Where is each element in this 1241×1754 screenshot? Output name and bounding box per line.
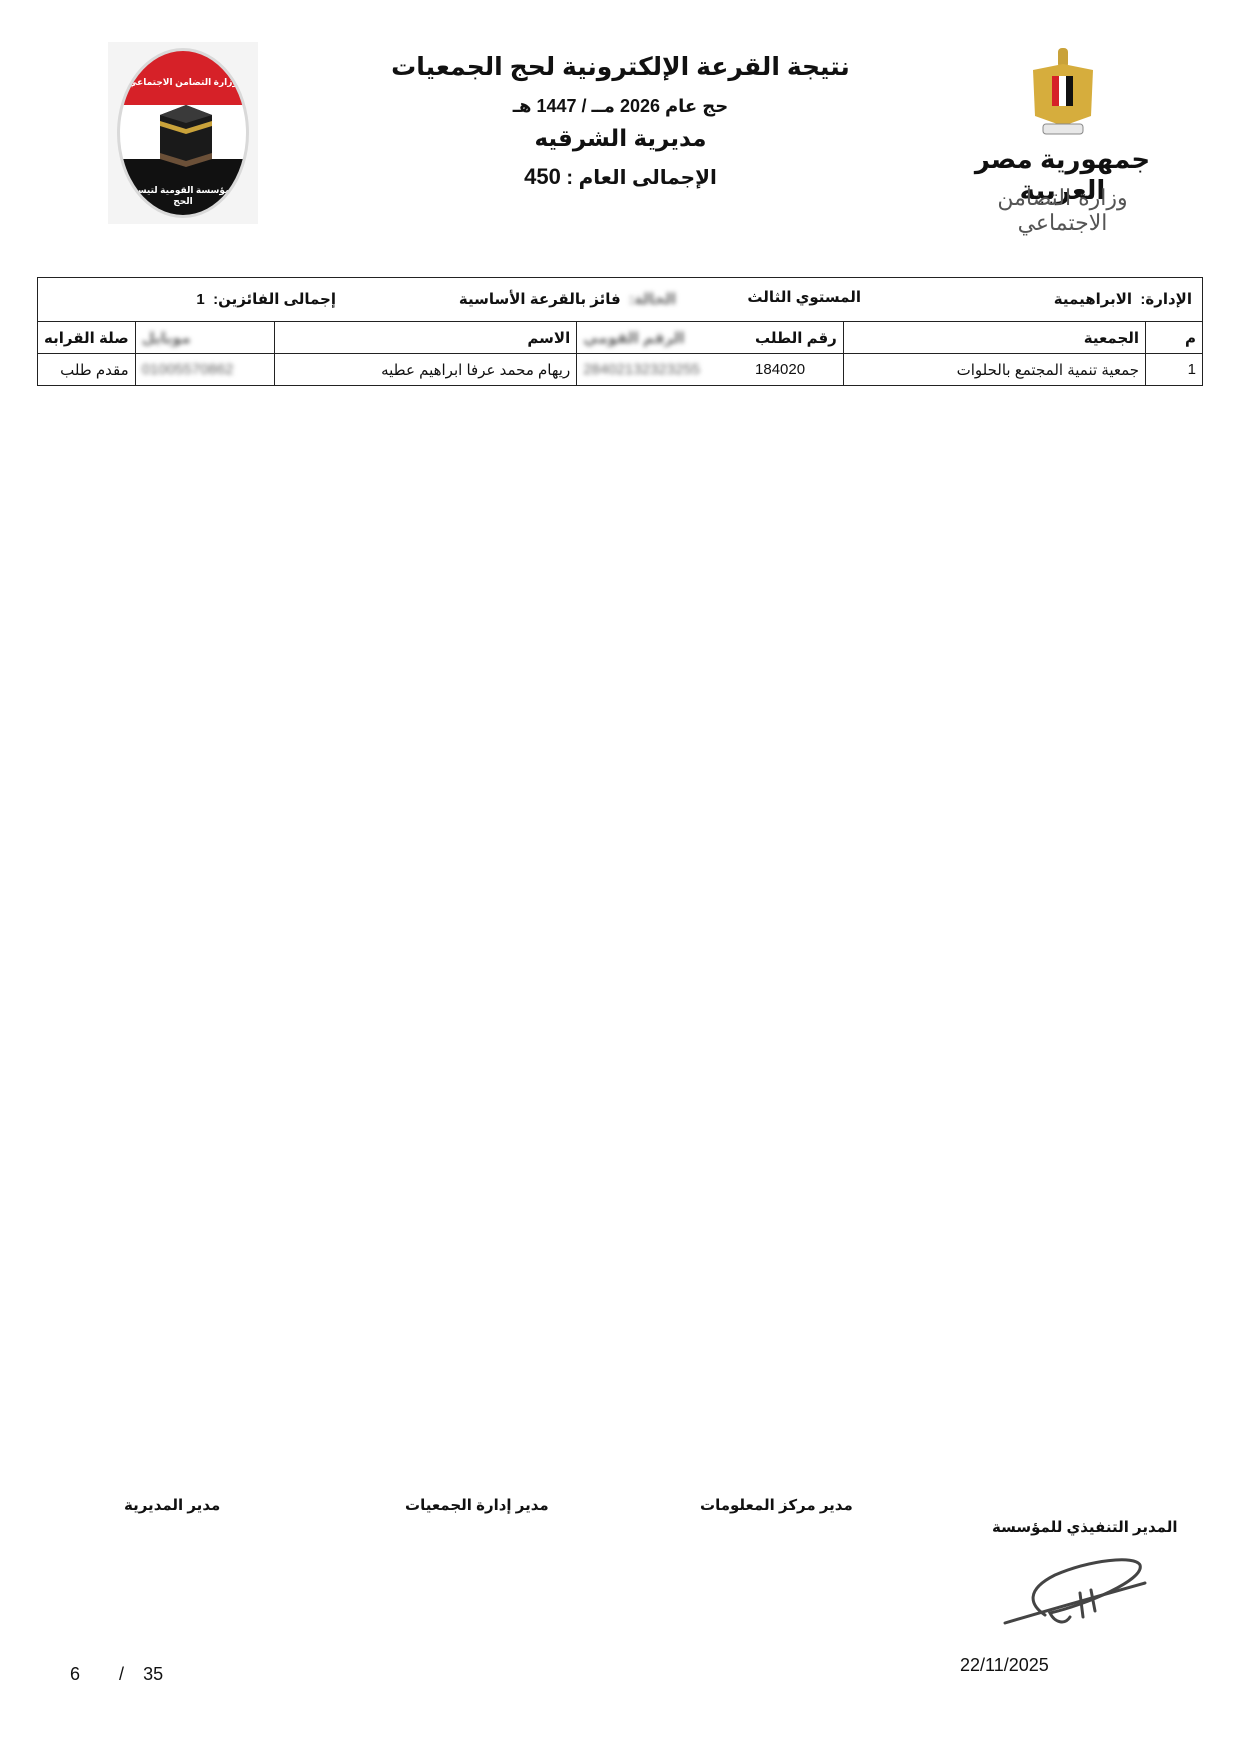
signatory-executive-director: المدير التنفيذي للمؤسسة <box>992 1518 1177 1536</box>
cell-relation: مقدم طلب <box>38 354 136 386</box>
col-header-relation: صلة القرابه <box>38 322 136 354</box>
egypt-ministry-logo: جمهورية مصر العربية وزارة التضامن الاجتم… <box>955 40 1170 230</box>
winners-table: الإدارة: الابراهيمية المستوي الثالث الحا… <box>37 277 1203 386</box>
signatory-directorate-manager: مدير المديرية <box>124 1496 220 1514</box>
cell-association: جمعية تنمية المجتمع بالحلوات <box>843 354 1145 386</box>
table-header-row: م الجمعية رقم الطلب الرقم القومي الاسم م… <box>38 322 1203 354</box>
col-header-national-id: الرقم القومي <box>577 322 749 354</box>
col-header-index: م <box>1146 322 1203 354</box>
page-total: 35 <box>143 1664 163 1684</box>
cell-name: ريهام محمد عرفا ابراهيم عطيه <box>275 354 577 386</box>
col-header-request-no: رقم الطلب <box>749 322 843 354</box>
administration: الإدارة: الابراهيمية <box>1054 290 1192 308</box>
cell-national-id: 28402132323255 <box>577 354 749 386</box>
cell-request-no: 184020 <box>749 354 843 386</box>
signatory-info-center-manager: مدير مركز المعلومات <box>700 1496 853 1514</box>
page-current: 6 <box>70 1664 80 1684</box>
table-info-row: الإدارة: الابراهيمية المستوي الثالث الحا… <box>38 278 1203 322</box>
cell-mobile: 01005570862 <box>135 354 275 386</box>
page-separator: / <box>119 1664 124 1684</box>
signatory-associations-manager: مدير إدارة الجمعيات <box>405 1496 549 1514</box>
table-row: 1 جمعية تنمية المجتمع بالحلوات 184020 28… <box>38 354 1203 386</box>
grand-total-label: الإجمالى العام : <box>566 167 716 189</box>
winners-total: إجمالى الفائزين: 1 <box>196 290 336 308</box>
grand-total-value: 450 <box>524 164 561 189</box>
signature-icon <box>995 1545 1155 1635</box>
cell-index: 1 <box>1146 354 1203 386</box>
page-indicator: 6 / 35 <box>70 1664 163 1685</box>
status: الحالة: فائز بالقرعة الأساسية <box>459 290 676 308</box>
col-header-mobile: موبايل <box>135 322 275 354</box>
report-date: 22/11/2025 <box>960 1655 1049 1676</box>
level: المستوي الثالث <box>747 288 861 306</box>
eagle-of-saladin-icon <box>1025 46 1101 138</box>
col-header-association: الجمعية <box>843 322 1145 354</box>
ministry-name: وزارة التضامن الاجتماعي <box>955 186 1170 236</box>
col-header-name: الاسم <box>275 322 577 354</box>
